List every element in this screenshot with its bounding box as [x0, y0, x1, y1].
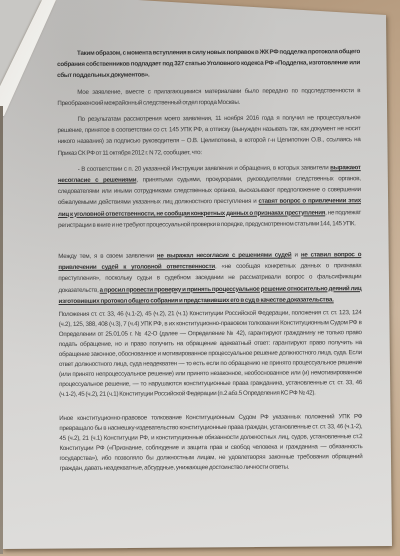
- photo-of-document: Таким образом, с момента вступления в си…: [0, 0, 400, 556]
- paragraph: Между тем, я в своем заявлении не выража…: [58, 249, 361, 307]
- text-run: Таким образом, с момента вступления в си…: [57, 48, 360, 79]
- document-text: Таким образом, с момента вступления в си…: [57, 46, 363, 474]
- text-run: не выражал несогласие с решениями судей: [157, 252, 292, 260]
- text-run: По результатам рассмотрения моего заявле…: [57, 114, 360, 156]
- paragraph: Мое заявление, вместе с прилагающимися м…: [57, 85, 360, 109]
- paragraph: По результатам рассмотрения моего заявле…: [57, 112, 360, 159]
- paragraph: - В соответствии с п. 20 указанной Инстр…: [58, 162, 361, 231]
- text-run: - В соответствии с п. 20 указанной Инстр…: [78, 164, 330, 173]
- text-run: Мое заявление, вместе с прилагающимися м…: [57, 87, 360, 107]
- page-stack-left-edge: [0, 106, 3, 554]
- text-run: Иное конституционно-правовое толкование …: [59, 413, 362, 472]
- paragraph: Положения ст. ст. 33, 46 (ч.1-2), 45 (ч.…: [59, 308, 363, 400]
- paragraph: Иное конституционно-правовое толкование …: [59, 412, 362, 474]
- paragraph: Таким образом, с момента вступления в си…: [57, 46, 360, 81]
- text-run: и: [291, 252, 300, 259]
- text-run: Между тем, я в своем заявлении: [58, 252, 157, 260]
- text-run: а просил провести проверку и принять про…: [59, 285, 362, 305]
- text-run: Положения ст. ст. 33, 46 (ч.1-2), 45 (ч.…: [59, 309, 362, 398]
